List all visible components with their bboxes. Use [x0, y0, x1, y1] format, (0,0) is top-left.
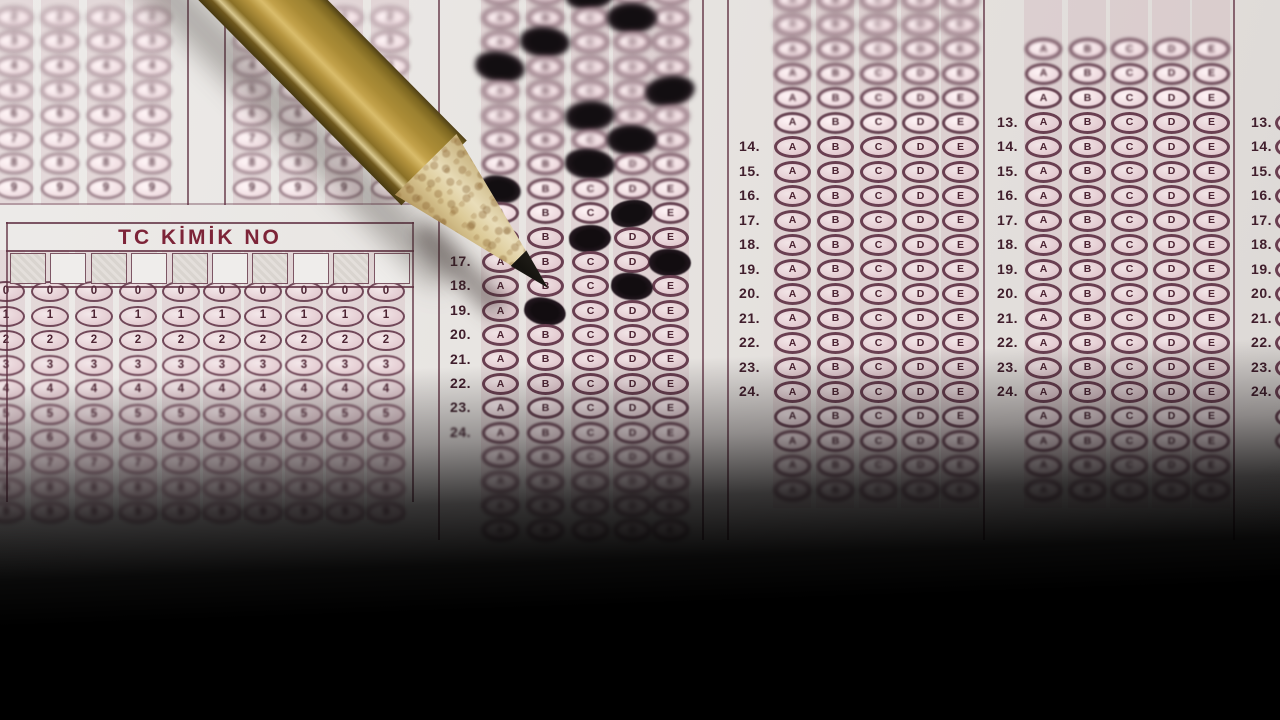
bubble-letter: A: [497, 110, 505, 121]
answer-bubble: [1275, 381, 1280, 403]
id-digit-bubble: 1: [244, 306, 282, 327]
answer-bubble: B: [527, 129, 564, 151]
answer-bubble: A: [1025, 406, 1062, 428]
answer-bubble: B: [527, 373, 564, 395]
id-digit: 1: [260, 310, 266, 322]
omr-answer-sheet-photo: ABCDEABCDEABCDEABCDEABCDEABCDEABCDEABCDE…: [0, 0, 1280, 720]
id-digit: 9: [342, 507, 348, 519]
answer-bubble: E: [652, 373, 689, 395]
answer-bubble: A: [1025, 87, 1062, 109]
answer-bubble: D: [1153, 259, 1190, 281]
bubble-letter: D: [1168, 264, 1176, 275]
bubble-letter: C: [1126, 117, 1134, 128]
answer-bubble: B: [817, 308, 854, 330]
answer-bubble: A: [774, 381, 811, 403]
id-box-mid-border: [6, 250, 414, 252]
id-digit-bubble: 4: [133, 56, 171, 77]
id-digit: 8: [342, 483, 348, 495]
answer-bubble: A: [482, 471, 519, 493]
id-digit-bubble: 0: [119, 281, 157, 302]
id-digit-bubble: 0: [203, 281, 241, 302]
answer-bubble: B: [817, 234, 854, 256]
id-digit-bubble: 6: [285, 429, 323, 450]
id-digit: 3: [260, 360, 266, 372]
id-digit-bubble: 9: [162, 502, 200, 523]
id-digit: 8: [91, 483, 97, 495]
bubble-letter: B: [1084, 215, 1092, 226]
answer-bubble: C: [860, 430, 897, 452]
id-digit-bubble: 8: [162, 478, 200, 499]
answer-bubble: D: [902, 210, 939, 232]
answer-bubble: A: [774, 210, 811, 232]
bubble-letter: B: [832, 313, 840, 324]
bubble-letter: D: [917, 142, 925, 153]
bubble-letter: A: [789, 264, 797, 275]
id-digit: 4: [11, 61, 17, 73]
bubble-letter: E: [667, 428, 674, 439]
answer-bubble: C: [860, 381, 897, 403]
id-digit-bubble: 6: [162, 429, 200, 450]
bubble-letter: C: [1126, 166, 1134, 177]
answer-bubble: E: [942, 479, 979, 501]
id-digit-bubble: 9: [31, 502, 69, 523]
answer-bubble: A: [774, 136, 811, 158]
bubble-letter: A: [789, 44, 797, 55]
id-digit: 2: [91, 335, 97, 347]
answer-bubble: B: [817, 14, 854, 36]
bubble-letter: A: [497, 403, 505, 414]
bubble-letter: E: [957, 460, 964, 471]
question-number: 24.: [1238, 383, 1272, 399]
id-digit: 5: [91, 409, 97, 421]
bubble-letter: B: [832, 264, 840, 275]
question-number: 17.: [726, 212, 760, 228]
answer-bubble: D: [902, 87, 939, 109]
bubble-letter: A: [1040, 485, 1048, 496]
answer-bubble: E: [1193, 430, 1230, 452]
answer-bubble: C: [860, 234, 897, 256]
bubble-letter: A: [1040, 215, 1048, 226]
bubble-letter: B: [542, 62, 550, 73]
id-digit: 6: [57, 109, 63, 121]
answer-bubble: B: [1069, 381, 1106, 403]
id-digit-bubble: 0: [31, 281, 69, 302]
answer-bubble: E: [942, 234, 979, 256]
bubble-letter: A: [789, 362, 797, 373]
bubble-letter: E: [667, 208, 674, 219]
id-digit-bubble: 1: [119, 306, 157, 327]
bubble-letter: E: [667, 501, 674, 512]
bubble-letter: D: [1168, 338, 1176, 349]
bubble-letter: D: [917, 362, 925, 373]
bubble-letter: D: [917, 166, 925, 177]
bubble-letter: D: [917, 215, 925, 226]
id-digit-bubble: 0: [244, 281, 282, 302]
id-digit: 1: [47, 310, 53, 322]
id-digit: 5: [260, 409, 266, 421]
answer-bubble: C: [1111, 63, 1148, 85]
answer-bubble: B: [817, 38, 854, 60]
id-digit: 1: [91, 310, 97, 322]
question-number: 15.: [984, 163, 1018, 179]
id-digit: 4: [57, 61, 63, 73]
bubble-letter: A: [789, 166, 797, 177]
question-number: 22.: [726, 334, 760, 350]
id-digit: 2: [301, 335, 307, 347]
answer-bubble: B: [817, 210, 854, 232]
bubble-letter: C: [1126, 240, 1134, 251]
bubble-letter: A: [497, 452, 505, 463]
id-digit: 9: [149, 183, 155, 195]
answer-bubble: E: [652, 7, 689, 29]
id-digit: 3: [342, 360, 348, 372]
id-digit-bubble: 5: [203, 404, 241, 425]
id-section-title: TC KİMİK NO: [60, 226, 340, 250]
answer-bubble: C: [572, 300, 609, 322]
id-digit: 6: [383, 433, 389, 445]
id-digit-bubble: 9: [285, 502, 323, 523]
id-digit: 1: [135, 310, 141, 322]
answer-bubble: B: [1069, 234, 1106, 256]
id-digit: 7: [260, 458, 266, 470]
question-number: 16.: [1238, 187, 1272, 203]
id-digit: 7: [149, 134, 155, 146]
bubble-letter: C: [875, 313, 883, 324]
id-digit-bubble: 6: [367, 429, 405, 450]
answer-bubble: E: [942, 259, 979, 281]
question-number: 22.: [437, 375, 471, 391]
bubble-letter: C: [875, 215, 883, 226]
id-digit: 4: [135, 384, 141, 396]
answer-bubble: B: [817, 406, 854, 428]
id-digit: 8: [47, 483, 53, 495]
answer-bubble: D: [614, 105, 651, 127]
bubble-letter: B: [542, 525, 550, 536]
answer-bubble: E: [652, 178, 689, 200]
id-digit-bubble: 9: [75, 502, 113, 523]
answer-bubble: C: [572, 373, 609, 395]
bubble-letter: C: [587, 13, 595, 24]
answer-bubble: A: [1025, 63, 1062, 85]
bubble-letter: A: [789, 0, 797, 5]
bubble-letter: B: [832, 289, 840, 300]
question-number: 21.: [1238, 310, 1272, 326]
id-digit: 4: [342, 384, 348, 396]
answer-bubble: B: [1069, 283, 1106, 305]
bubble-letter: C: [587, 281, 595, 292]
question-number: 21.: [437, 351, 471, 367]
id-digit: 6: [91, 433, 97, 445]
answer-bubble: D: [1153, 283, 1190, 305]
id-digit: 1: [383, 310, 389, 322]
answer-bubble: D: [614, 251, 651, 273]
bubble-letter: B: [1084, 93, 1092, 104]
bubble-letter: C: [1126, 460, 1134, 471]
bubble-letter: A: [1040, 264, 1048, 275]
id-digit-bubble: 9: [41, 178, 79, 199]
answer-bubble: E: [1193, 406, 1230, 428]
answer-bubble: B: [1069, 357, 1106, 379]
id-digit: 7: [249, 134, 255, 146]
question-number: 23.: [1238, 359, 1272, 375]
bubble-letter: B: [1084, 166, 1092, 177]
bubble-letter: E: [1208, 387, 1215, 398]
id-digit: 8: [301, 483, 307, 495]
bubble-letter: E: [667, 159, 674, 170]
bubble-letter: B: [832, 240, 840, 251]
bubble-letter: A: [497, 86, 505, 97]
id-digit: 8: [383, 483, 389, 495]
bubble-letter: B: [542, 354, 550, 365]
bubble-letter: C: [587, 208, 595, 219]
bubble-letter: A: [789, 19, 797, 30]
answer-bubble: E: [942, 63, 979, 85]
write-box: [333, 253, 369, 284]
bubble-letter: D: [917, 264, 925, 275]
id-digit-bubble: 9: [0, 502, 25, 523]
answer-bubble: C: [572, 519, 609, 541]
answer-bubble: C: [860, 87, 897, 109]
bubble-letter: A: [497, 501, 505, 512]
answer-bubble: E: [942, 332, 979, 354]
id-digit-bubble: 6: [133, 105, 171, 126]
bubble-letter: B: [1084, 485, 1092, 496]
answer-bubble: E: [942, 308, 979, 330]
bubble-letter: C: [875, 436, 883, 447]
answer-bubble: E: [942, 136, 979, 158]
bubble-letter: D: [1168, 117, 1176, 128]
bubble-letter: D: [917, 0, 925, 5]
id-digit: 6: [149, 109, 155, 121]
answer-bubble: A: [1025, 357, 1062, 379]
bubble-letter: A: [789, 93, 797, 104]
id-digit: 5: [178, 409, 184, 421]
answer-bubble: D: [1153, 332, 1190, 354]
bubble-letter: C: [1126, 411, 1134, 422]
bubble-letter: D: [917, 436, 925, 447]
question-number: 18.: [726, 236, 760, 252]
id-digit: 3: [387, 36, 393, 48]
id-digit: 8: [178, 483, 184, 495]
answer-bubble: B: [527, 56, 564, 78]
bubble-letter: A: [789, 460, 797, 471]
answer-bubble: D: [902, 332, 939, 354]
bubble-letter: A: [789, 436, 797, 447]
answer-bubble: C: [860, 259, 897, 281]
bubble-letter: A: [789, 485, 797, 496]
bubble-letter: A: [497, 330, 505, 341]
answer-bubble: A: [1025, 38, 1062, 60]
question-number: 18.: [984, 236, 1018, 252]
bubble-letter: A: [497, 354, 505, 365]
id-digit: 3: [149, 36, 155, 48]
bubble-letter: E: [957, 313, 964, 324]
bubble-letter: B: [542, 403, 550, 414]
answer-bubble: E: [1193, 357, 1230, 379]
id-digit-bubble: 5: [119, 404, 157, 425]
answer-bubble: [1275, 406, 1280, 428]
id-digit-bubble: 4: [87, 56, 125, 77]
bubble-letter: A: [1040, 93, 1048, 104]
answer-bubble: D: [1153, 308, 1190, 330]
bubble-letter: E: [1208, 436, 1215, 447]
answer-bubble: D: [1153, 357, 1190, 379]
bubble-letter: B: [832, 215, 840, 226]
id-digit: 8: [260, 483, 266, 495]
answer-bubble: [1275, 283, 1280, 305]
answer-bubble: D: [1153, 87, 1190, 109]
answer-bubble: E: [652, 471, 689, 493]
id-digit: 2: [383, 335, 389, 347]
bubble-letter: D: [629, 452, 637, 463]
answer-bubble: C: [860, 112, 897, 134]
id-digit-bubble: 3: [119, 355, 157, 376]
answer-bubble: B: [817, 455, 854, 477]
answer-bubble: B: [527, 471, 564, 493]
bubble-letter: E: [957, 93, 964, 104]
answer-bubble: C: [1111, 406, 1148, 428]
bubble-letter: A: [1040, 142, 1048, 153]
answer-bubble: B: [817, 87, 854, 109]
answer-bubble: D: [902, 234, 939, 256]
bubble-letter: B: [1084, 289, 1092, 300]
answer-bubble: B: [1069, 136, 1106, 158]
id-digit: 2: [57, 12, 63, 24]
id-box-left-border: [6, 222, 8, 502]
answer-bubble: C: [1111, 38, 1148, 60]
bubble-letter: C: [587, 37, 595, 48]
answer-bubble: E: [1193, 381, 1230, 403]
write-box: [172, 253, 208, 284]
id-digit: 8: [103, 158, 109, 170]
id-digit: 5: [383, 409, 389, 421]
id-digit: 5: [342, 409, 348, 421]
answer-bubble: A: [774, 308, 811, 330]
question-number: 24.: [726, 383, 760, 399]
bubble-letter: E: [667, 379, 674, 390]
answer-bubble: A: [482, 373, 519, 395]
id-digit: 8: [249, 158, 255, 170]
answer-bubble: [1275, 357, 1280, 379]
answer-bubble: A: [774, 479, 811, 501]
id-digit-bubble: 4: [41, 56, 79, 77]
answer-bubble: D: [902, 38, 939, 60]
answer-bubble: [1275, 332, 1280, 354]
bubble-letter: E: [1208, 93, 1215, 104]
id-digit: 1: [301, 310, 307, 322]
id-digit-bubble: 5: [75, 404, 113, 425]
answer-bubble: E: [1193, 136, 1230, 158]
bubble-letter: B: [832, 362, 840, 373]
answer-bubble: A: [774, 38, 811, 60]
id-digit: 3: [57, 36, 63, 48]
bubble-letter: B: [1084, 460, 1092, 471]
id-digit: 2: [103, 12, 109, 24]
question-number: 21.: [726, 310, 760, 326]
id-digit-bubble: 0: [367, 281, 405, 302]
bubble-letter: B: [542, 452, 550, 463]
answer-bubble: D: [902, 381, 939, 403]
answer-bubble: C: [860, 406, 897, 428]
id-digit: 3: [178, 360, 184, 372]
answer-bubble: C: [860, 479, 897, 501]
answer-bubble: E: [1193, 185, 1230, 207]
answer-bubble: E: [942, 38, 979, 60]
id-digit: 7: [301, 458, 307, 470]
id-digit: 6: [47, 433, 53, 445]
bubble-letter: D: [629, 159, 637, 170]
bubble-letter: A: [497, 135, 505, 146]
question-number: 23.: [437, 399, 471, 415]
id-digit-bubble: 5: [285, 404, 323, 425]
answer-bubble: D: [1153, 38, 1190, 60]
bubble-letter: E: [667, 184, 674, 195]
id-digit: 4: [260, 384, 266, 396]
id-digit-bubble: 6: [41, 105, 79, 126]
bubble-letter: B: [832, 166, 840, 177]
answer-bubble: D: [902, 308, 939, 330]
bubble-letter: A: [1040, 387, 1048, 398]
answer-bubble: B: [527, 422, 564, 444]
bubble-letter: D: [917, 460, 925, 471]
id-digit: 6: [135, 433, 141, 445]
id-digit-bubble: 2: [87, 7, 125, 28]
id-digit: 1: [219, 310, 225, 322]
question-number: 14.: [1238, 138, 1272, 154]
bubble-letter: A: [1040, 338, 1048, 349]
answer-bubble: D: [902, 259, 939, 281]
bubble-letter: E: [957, 264, 964, 275]
bubble-letter: D: [917, 313, 925, 324]
answer-bubble: D: [902, 455, 939, 477]
answer-bubble: A: [774, 430, 811, 452]
id-digit: 4: [383, 384, 389, 396]
bubble-letter: E: [957, 240, 964, 251]
write-box: [212, 253, 248, 284]
bubble-letter: D: [917, 93, 925, 104]
answer-bubble: E: [942, 283, 979, 305]
id-digit-bubble: 0: [285, 281, 323, 302]
bubble-letter: E: [1208, 313, 1215, 324]
question-number: 20.: [437, 326, 471, 342]
filled-mark: [607, 125, 657, 155]
answer-bubble: E: [652, 56, 689, 78]
border-line: [702, 0, 704, 540]
bubble-letter: E: [1208, 362, 1215, 373]
bubble-letter: E: [667, 403, 674, 414]
answer-bubble: E: [652, 105, 689, 127]
bubble-letter: B: [832, 436, 840, 447]
answer-bubble: A: [1025, 136, 1062, 158]
question-number: 13.: [984, 114, 1018, 130]
id-digit-bubble: 6: [203, 429, 241, 450]
answer-bubble: A: [1025, 112, 1062, 134]
answer-bubble: B: [817, 112, 854, 134]
bubble-letter: B: [832, 191, 840, 202]
bubble-letter: C: [1126, 362, 1134, 373]
answer-bubble: C: [1111, 234, 1148, 256]
bubble-letter: D: [1168, 240, 1176, 251]
id-box-top-border: [6, 222, 414, 224]
id-digit: 2: [47, 335, 53, 347]
answer-bubble: E: [1193, 259, 1230, 281]
question-number: 14.: [726, 138, 760, 154]
answer-bubble: E: [652, 300, 689, 322]
bubble-letter: C: [875, 68, 883, 79]
answer-bubble: C: [1111, 381, 1148, 403]
answer-bubble: B: [527, 519, 564, 541]
id-digit: 6: [11, 109, 17, 121]
